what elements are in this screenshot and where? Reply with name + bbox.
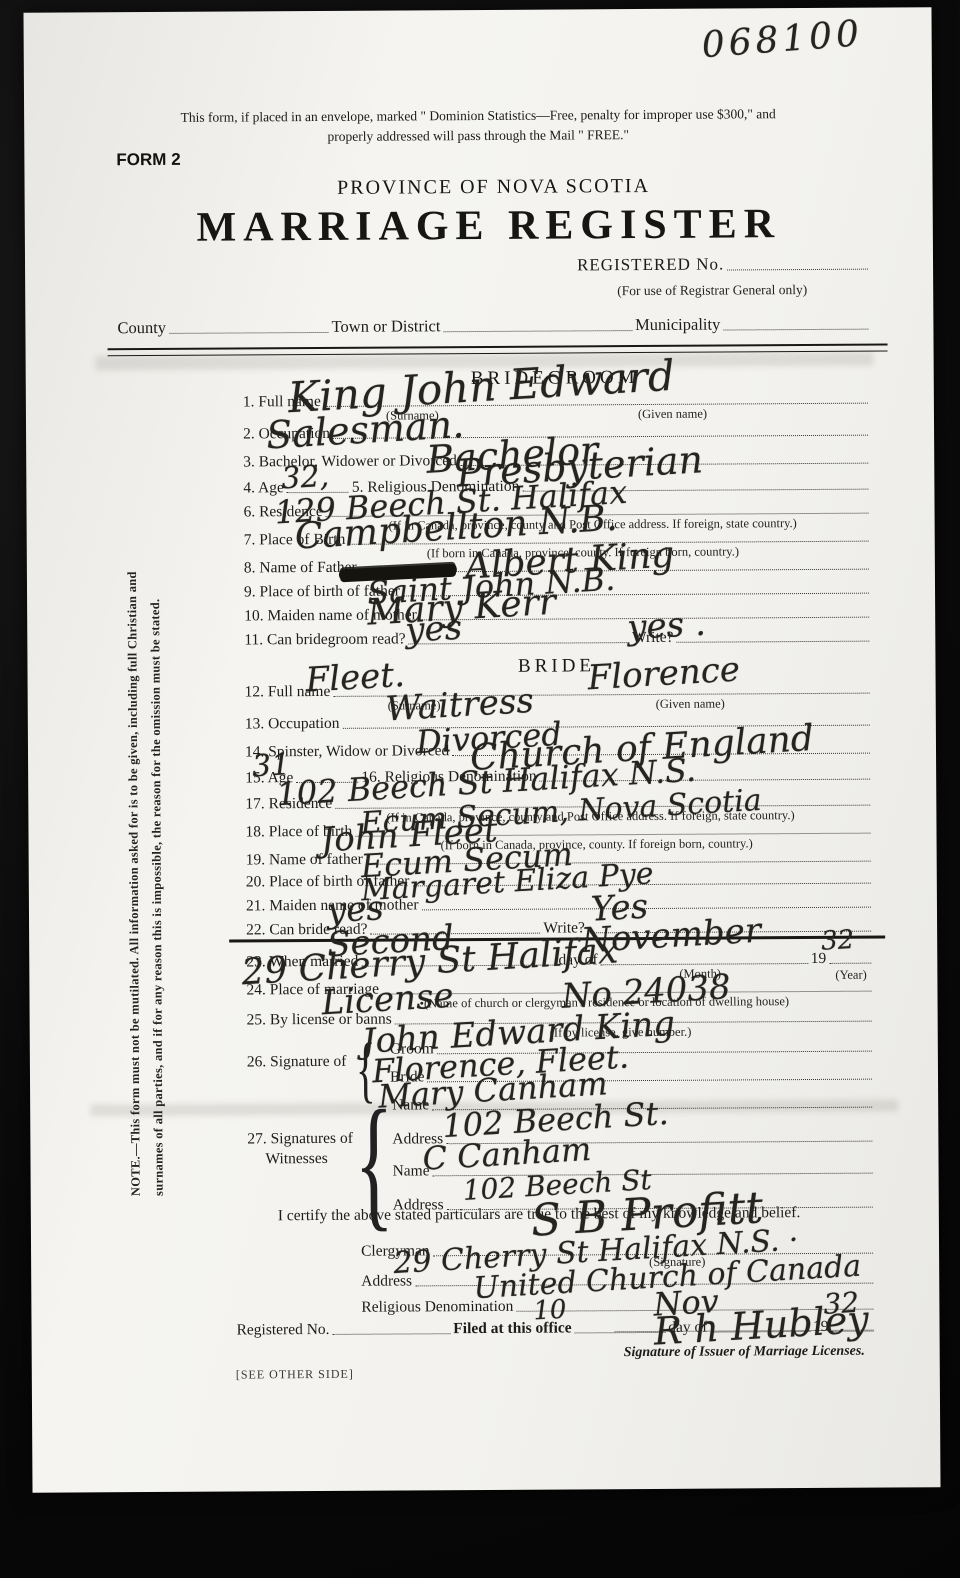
register-title: MARRIAGE REGISTER bbox=[25, 199, 933, 253]
hw-bride-given: Florence bbox=[587, 652, 741, 695]
margin-note-line1: NOTE.—This form must not be mutilated. A… bbox=[121, 546, 147, 1196]
witnesses-label-line1: 27. Signatures of bbox=[247, 1129, 353, 1150]
province-title: PROVINCE OF NOVA SCOTIA bbox=[25, 173, 933, 202]
document-page: 068100 This form, if placed in an envelo… bbox=[23, 7, 940, 1493]
dotted-line bbox=[169, 332, 329, 334]
county-row: County Town or District Municipality bbox=[117, 314, 871, 339]
hw-married-year: 32 bbox=[820, 927, 855, 955]
registered-no-label: REGISTERED No. bbox=[577, 255, 724, 276]
hw-bridegroom-write: yes . bbox=[626, 607, 706, 646]
hw-filed-day: 10 bbox=[533, 1297, 568, 1325]
dotted-line bbox=[723, 329, 868, 331]
margin-note: NOTE.—This form must not be mutilated. A… bbox=[121, 546, 170, 1196]
field-row-bg-read-write: 11. Can bridegroom read? Write? bbox=[244, 628, 872, 650]
registrar-note: (For use of Registrar General only) bbox=[617, 282, 807, 299]
hw-bridegroom-read: yes bbox=[404, 611, 463, 648]
county-label: County bbox=[117, 318, 166, 338]
hw-license: License bbox=[321, 979, 455, 1021]
br-given-hint: (Given name) bbox=[656, 697, 725, 712]
registered-label: Registered No. bbox=[236, 1321, 329, 1340]
signature-of-label: 26. Signature of bbox=[247, 1053, 347, 1072]
field-row-bg-mother: 10. Maiden name of mother bbox=[244, 604, 872, 626]
witnesses-label: 27. Signatures of Witnesses bbox=[247, 1129, 353, 1170]
serial-number: 068100 bbox=[701, 16, 865, 64]
municipality-label: Municipality bbox=[635, 315, 720, 336]
mail-notice: This form, if placed in an envelope, mar… bbox=[134, 104, 822, 149]
dotted-line bbox=[333, 1333, 451, 1335]
mail-notice-line2: properly addressed will pass through the… bbox=[134, 124, 822, 148]
br-occupation-label: 13. Occupation bbox=[245, 715, 340, 734]
registered-no-row: REGISTERED No. bbox=[577, 254, 871, 276]
dotted-line bbox=[829, 963, 871, 964]
witnesses-label-line2: Witnesses bbox=[247, 1149, 353, 1170]
bg-given-hint: (Given name) bbox=[638, 407, 707, 422]
margin-note-line2: surnames of all parties, and if for any … bbox=[143, 546, 169, 1196]
scan-background: { "page": { "serial_number": "068100", "… bbox=[0, 0, 960, 1578]
dotted-line bbox=[727, 269, 868, 271]
town-district-label: Town or District bbox=[332, 316, 441, 337]
bg-read-label: 11. Can bridegroom read? bbox=[244, 630, 405, 649]
see-other-side: [SEE OTHER SIDE] bbox=[236, 1367, 354, 1383]
dotted-line bbox=[443, 330, 632, 332]
dotted-line bbox=[601, 963, 808, 965]
hw-bridegroom-age: 32, bbox=[280, 462, 329, 495]
form-number-label: FORM 2 bbox=[116, 150, 180, 170]
